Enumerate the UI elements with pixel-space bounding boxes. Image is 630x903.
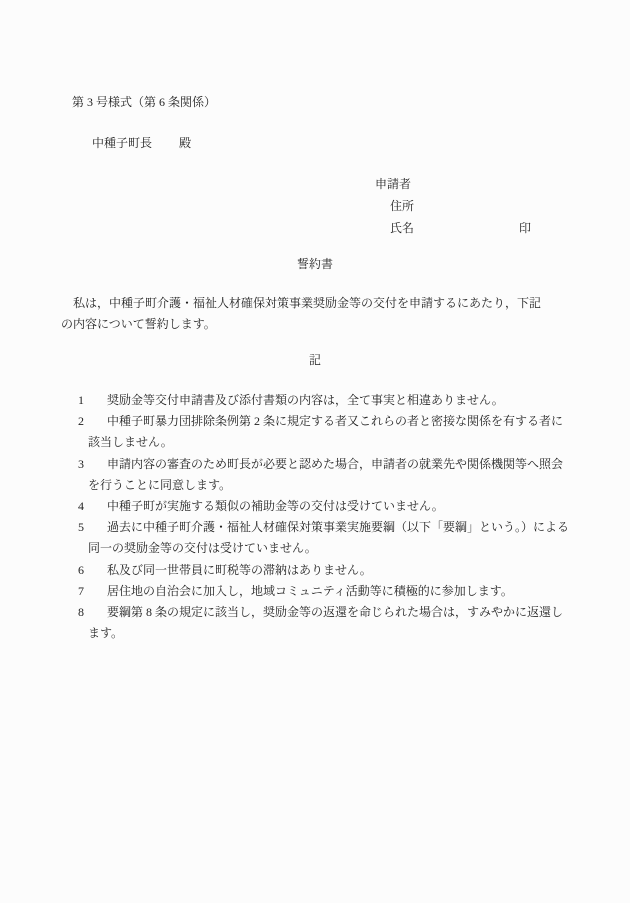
item-text: 申請内容の審査のため町長が必要と認めた場合，申請者の就業先や関係機関等へ照会	[107, 457, 563, 471]
intro-line: の内容について誓約します。	[61, 314, 575, 335]
item-number: 4	[78, 496, 107, 517]
form-number: 第 3 号様式（第 6 条関係）	[72, 92, 216, 113]
item-number: 2	[78, 411, 107, 432]
intro-paragraph: 私は，中種子町介護・福祉人材確保対策事業奨励金等の交付を申請するにあたり，下記 …	[61, 293, 575, 335]
list-item-7: 7居住地の自治会に加入し，地域コミュニティ活動等に積極的に参加します。	[78, 581, 578, 602]
seal-label: 印	[519, 218, 531, 239]
item-text: 中種子町が実施する類似の補助金等の交付は受けていません。	[107, 499, 444, 513]
list-item-5-continuation: 同一の奨励金等の交付は受けていません。	[78, 538, 578, 559]
intro-line: 私は，中種子町介護・福祉人材確保対策事業奨励金等の交付を申請するにあたり，下記	[61, 293, 575, 314]
list-item-3-continuation: を行うことに同意します。	[78, 475, 578, 496]
item-text: 居住地の自治会に加入し，地域コミュニティ活動等に積極的に参加します。	[107, 584, 513, 598]
list-item-1: 1奨励金等交付申請書及び添付書類の内容は，全て事実と相違ありません。	[78, 390, 578, 411]
list-item-6: 6私及び同一世帯員に町税等の滞納はありません。	[78, 560, 578, 581]
item-number: 8	[78, 602, 107, 623]
list-item-3: 3申請内容の審査のため町長が必要と認めた場合，申請者の就業先や関係機関等へ照会	[78, 454, 578, 475]
document-title: 誓約書	[0, 254, 630, 275]
item-number: 5	[78, 517, 107, 538]
item-text: 中種子町暴力団排除条例第 2 条に規定する者又これらの者と密接な関係を有する者に	[107, 414, 563, 428]
list-item-5: 5過去に中種子町介護・福祉人材確保対策事業実施要綱（以下「要綱」という。）による	[78, 517, 578, 538]
item-number: 7	[78, 581, 107, 602]
section-marker: 記	[0, 350, 630, 371]
addressee-honorific: 殿	[179, 136, 191, 150]
item-number: 1	[78, 390, 107, 411]
item-text: 要綱第 8 条の規定に該当し，奨励金等の返還を命じられた場合は，すみやかに返還し	[107, 605, 563, 619]
pledge-list: 1奨励金等交付申請書及び添付書類の内容は，全て事実と相違ありません。 2中種子町…	[78, 390, 578, 644]
applicant-address-label: 住所	[390, 196, 414, 217]
item-text: 私及び同一世帯員に町税等の滞納はありません。	[107, 563, 372, 577]
list-item-2: 2中種子町暴力団排除条例第 2 条に規定する者又これらの者と密接な関係を有する者…	[78, 411, 578, 432]
item-number: 3	[78, 454, 107, 475]
applicant-label: 申請者	[375, 174, 411, 195]
list-item-8-continuation: ます。	[78, 623, 578, 644]
item-text: 奨励金等交付申請書及び添付書類の内容は，全て事実と相違ありません。	[107, 393, 504, 407]
list-item-8: 8要綱第 8 条の規定に該当し，奨励金等の返還を命じられた場合は，すみやかに返還…	[78, 602, 578, 623]
addressee-name: 中種子町長	[92, 136, 152, 150]
list-item-4: 4中種子町が実施する類似の補助金等の交付は受けていません。	[78, 496, 578, 517]
applicant-name-label: 氏名	[390, 218, 414, 239]
item-text: 過去に中種子町介護・福祉人材確保対策事業実施要綱（以下「要綱」という。）による	[107, 520, 569, 534]
list-item-2-continuation: 該当しません。	[78, 432, 578, 453]
document-page: 第 3 号様式（第 6 条関係） 中種子町長殿 申請者 住所 氏名 印 誓約書 …	[0, 0, 630, 903]
item-number: 6	[78, 560, 107, 581]
addressee-line: 中種子町長殿	[92, 133, 191, 154]
